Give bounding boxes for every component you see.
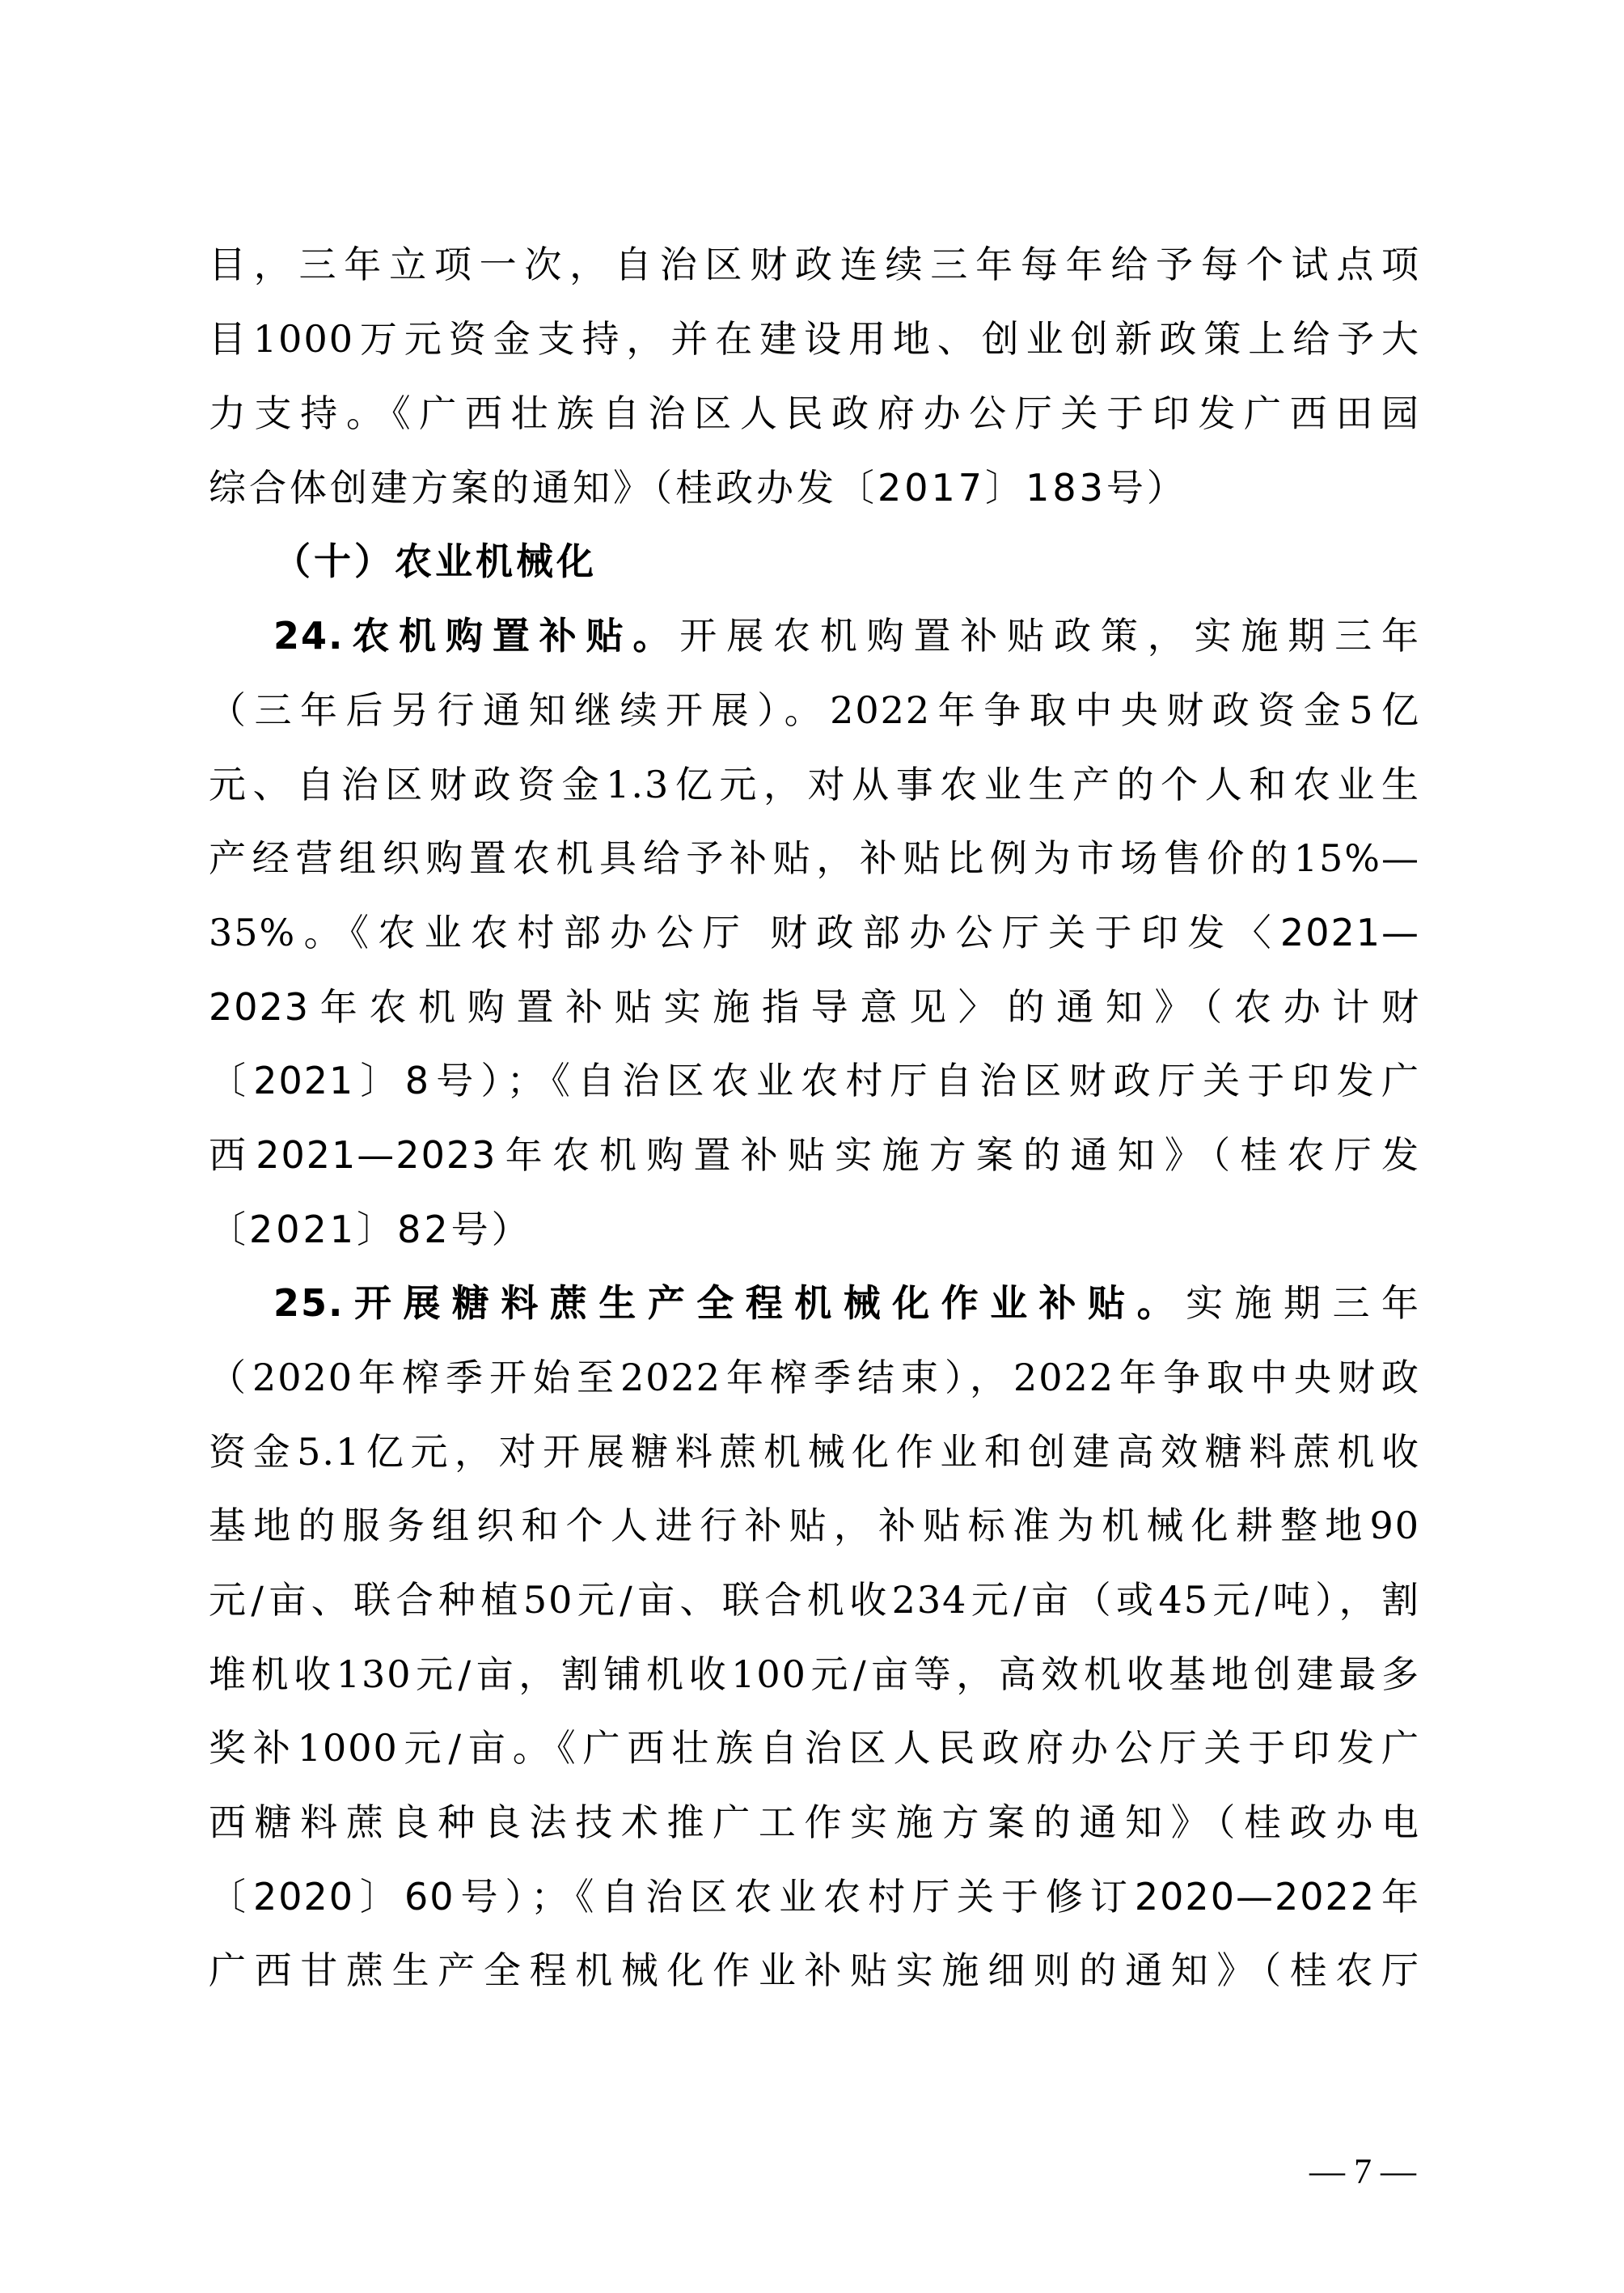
- text-line-10: 35%。《农业农村部办公厅 财政部办公厅关于印发〈2021—: [209, 895, 1420, 970]
- policy-citation: 〔2020〕60号）；《自治区农业农村厅关于修订2020—2022年: [209, 1875, 1420, 1919]
- item-25-first-line: 25.开展糖料蔗生产全程机械化作业补贴。实施期三年: [273, 1266, 1420, 1340]
- policy-citation: 广西甘蔗生产全程机械化作业补贴实施细则的通知》（桂农厅: [209, 1948, 1420, 1992]
- item-24-first-line: 24.农机购置补贴。开展农机购置补贴政策，实施期三年: [273, 599, 1420, 673]
- text-line-14: 〔2021〕82号）: [209, 1192, 1420, 1267]
- body-text: 力支持。: [209, 391, 392, 435]
- section-heading-text: （十）农业机械化: [273, 539, 597, 583]
- body-text: 元、自治区财政资金1.3亿元，对从事农业生产的个人和农业生: [209, 763, 1420, 806]
- text-line-11: 2023年农机购置补贴实施指导意见〉的通知》（农办计财: [209, 970, 1420, 1044]
- policy-citation: 《农业农村部办公厅 财政部办公厅关于印发〈2021—: [350, 911, 1420, 954]
- body-text: 开展农机购置补贴政策，实施期三年: [679, 614, 1420, 658]
- policy-citation: 综合体创建方案的通知》（桂政办发〔2017〕183号）: [209, 466, 1187, 510]
- text-line-7: （三年后另行通知继续开展）。2022年争取中央财政资金5亿: [209, 673, 1420, 747]
- text-line-18: 基地的服务组织和个人进行补贴，补贴标准为机械化耕整地90: [209, 1488, 1420, 1563]
- text-line-8: 元、自治区财政资金1.3亿元，对从事农业生产的个人和农业生: [209, 747, 1420, 822]
- text-line-17: 资金5.1亿元，对开展糖料蔗机械化作业和创建高效糖料蔗机收: [209, 1415, 1420, 1489]
- body-text: 基地的服务组织和个人进行补贴，补贴标准为机械化耕整地90: [209, 1504, 1420, 1547]
- policy-citation: 〔2021〕82号）: [209, 1208, 532, 1251]
- text-line-4: 综合体创建方案的通知》（桂政办发〔2017〕183号）: [209, 451, 1420, 525]
- body-text: 堆机收130元/亩，割铺机收100元/亩等，高效机收基地创建最多: [209, 1652, 1420, 1696]
- body-text: （三年后另行通知继续开展）。2022年争取中央财政资金5亿: [209, 688, 1420, 732]
- page-number: — 7 —: [1294, 2147, 1432, 2196]
- text-line-2: 目1000万元资金支持，并在建设用地、创业创新政策上给予大: [209, 302, 1420, 376]
- body-text: 奖补1000元/亩。: [209, 1726, 557, 1770]
- policy-citation: 《广西壮族自治区人民政府办公厅关于印发广: [557, 1726, 1420, 1770]
- text-line-16: （2020年榨季开始至2022年榨季结束），2022年争取中央财政: [209, 1340, 1420, 1415]
- body-text: 目，三年立项一次，自治区财政连续三年每年给予每个试点项: [209, 243, 1420, 286]
- body-text: （2020年榨季开始至2022年榨季结束），2022年争取中央财政: [209, 1356, 1420, 1399]
- policy-citation: 《广西壮族自治区人民政府办公厅关于印发广西田园: [392, 391, 1420, 435]
- policy-citation: 西2021—2023年农机购置补贴实施方案的通知》（桂农厅发: [209, 1133, 1420, 1177]
- section-heading: （十）农业机械化: [273, 524, 1420, 599]
- text-line-22: 西糖料蔗良种良法技术推广工作实施方案的通知》（桂政办电: [209, 1785, 1420, 1859]
- policy-citation: 西糖料蔗良种良法技术推广工作实施方案的通知》（桂政办电: [209, 1800, 1420, 1844]
- policy-citation: 2023年农机购置补贴实施指导意见〉的通知》（农办计财: [209, 985, 1420, 1029]
- item-title: 25.开展糖料蔗生产全程机械化作业补贴。: [273, 1281, 1186, 1325]
- document-page: 目，三年立项一次，自治区财政连续三年每年给予每个试点项 目1000万元资金支持，…: [0, 0, 1624, 2293]
- text-line-9: 产经营组织购置农机具给予补贴，补贴比例为市场售价的15%—: [209, 821, 1420, 895]
- text-line-13: 西2021—2023年农机购置补贴实施方案的通知》（桂农厅发: [209, 1118, 1420, 1192]
- text-line-1: 目，三年立项一次，自治区财政连续三年每年给予每个试点项: [209, 227, 1420, 302]
- text-line-21: 奖补1000元/亩。《广西壮族自治区人民政府办公厅关于印发广: [209, 1711, 1420, 1785]
- policy-citation: 〔2021〕8号）；《自治区农业农村厅自治区财政厅关于印发广: [209, 1059, 1420, 1102]
- body-text: 资金5.1亿元，对开展糖料蔗机械化作业和创建高效糖料蔗机收: [209, 1430, 1420, 1474]
- item-title: 24.农机购置补贴。: [273, 614, 679, 658]
- text-line-20: 堆机收130元/亩，割铺机收100元/亩等，高效机收基地创建最多: [209, 1637, 1420, 1711]
- text-line-24: 广西甘蔗生产全程机械化作业补贴实施细则的通知》（桂农厅: [209, 1933, 1420, 2007]
- body-text: 实施期三年: [1186, 1281, 1420, 1325]
- body-text: 目1000万元资金支持，并在建设用地、创业创新政策上给予大: [209, 317, 1420, 361]
- body-text: 产经营组织购置农机具给予补贴，补贴比例为市场售价的15%—: [209, 836, 1420, 880]
- text-line-19: 元/亩、联合种植50元/亩、联合机收234元/亩（或45元/吨），割: [209, 1563, 1420, 1637]
- body-text: 35%。: [209, 911, 350, 954]
- text-line-12: 〔2021〕8号）；《自治区农业农村厅自治区财政厅关于印发广: [209, 1043, 1420, 1118]
- text-line-3: 力支持。《广西壮族自治区人民政府办公厅关于印发广西田园: [209, 376, 1420, 451]
- text-line-23: 〔2020〕60号）；《自治区农业农村厅关于修订2020—2022年: [209, 1859, 1420, 1934]
- body-text: 元/亩、联合种植50元/亩、联合机收234元/亩（或45元/吨），割: [209, 1578, 1420, 1622]
